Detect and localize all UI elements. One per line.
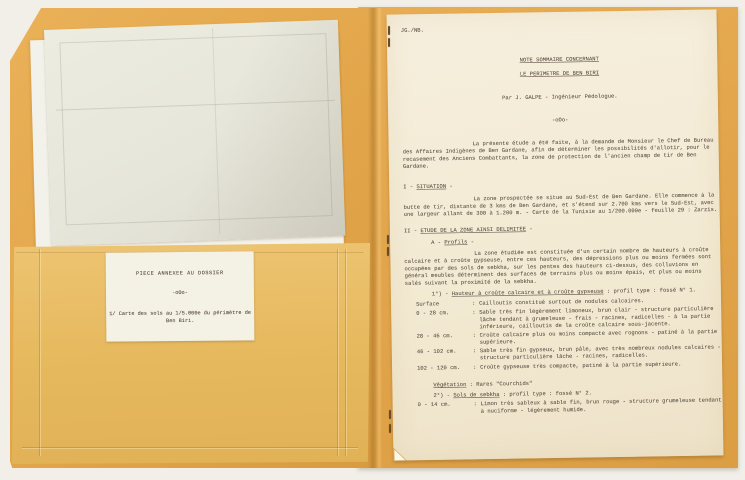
- entry-description: Limon très sableux à sable fin, brun rou…: [481, 397, 723, 415]
- binding-mark: [389, 410, 391, 419]
- scanned-archive-folder: { "colors": { "background": "#f1efe8", "…: [0, 0, 745, 480]
- label-separator: -oOo-: [106, 289, 254, 298]
- binding-mark: [389, 424, 391, 433]
- entry-description: Sable très fin gypseux, brun pâle, avec …: [480, 344, 722, 362]
- page-separator: -oOo-: [402, 114, 718, 126]
- entry-depth: Surface: [416, 300, 472, 308]
- typed-page: JG./NB. NOTE SOMMAIRE CONCERNANT LE PERI…: [387, 9, 724, 460]
- entry-depth: 46 - 102 cm.: [417, 348, 473, 363]
- binding-mark: [388, 26, 390, 35]
- section1-body: La zone prospectée se situe au Sud-Est d…: [403, 192, 719, 219]
- pocket-crease: [345, 249, 346, 456]
- pocket-crease: [22, 447, 358, 448]
- intro-paragraph: La présente étude a été faite, à la dema…: [403, 137, 719, 171]
- profile2-entry: 0 - 14 cm.:Limon très sableux à sable fi…: [407, 397, 723, 416]
- section1-heading: I - SITUATION -: [403, 179, 719, 191]
- binding-mark: [388, 38, 390, 47]
- page-reference: JG./NB.: [401, 9, 717, 34]
- pocket-crease: [39, 249, 40, 456]
- page-title-line2: LE PERIMETRE DE BEN BIRI: [401, 68, 717, 80]
- page-title-line1: NOTE SOMMAIRE CONCERNANT: [401, 54, 717, 66]
- page-byline: Par J. GALPE - Ingénieur Pédologue.: [402, 91, 718, 103]
- binding-mark: [387, 235, 389, 244]
- entry-depth: 0 - 28 cm.: [416, 309, 472, 332]
- pocket-label: PIECE ANNEXEE AU DOSSIER -oOo- 1/ Carte …: [106, 251, 255, 341]
- label-item: 1/ Carte des sols au 1/5.000e du périmèt…: [106, 309, 254, 325]
- entry-depth: 0 - 14 cm.: [418, 401, 474, 416]
- entry-description: Sable très fin légèrement limoneux, brun…: [479, 305, 721, 331]
- page-dogear-fold: [394, 449, 405, 460]
- label-title: PIECE ANNEXEE AU DOSSIER: [106, 269, 254, 278]
- section2-heading: II - ETUDE DE LA ZONE AINSI DELIMITEE -: [404, 223, 720, 235]
- folded-map-sheet: [44, 20, 345, 246]
- pocket-crease: [337, 249, 338, 456]
- section2-subheading: A - Profils -: [404, 235, 720, 247]
- section2-body: La zone étudiée est constituée d'un cert…: [404, 246, 721, 287]
- map-shading: [44, 20, 345, 246]
- folder-spine-fold: [368, 8, 382, 468]
- binding-mark: [387, 247, 389, 256]
- entry-depth: 28 - 46 cm.: [417, 332, 473, 347]
- entry-depth: 102 - 120 cm.: [417, 364, 473, 372]
- entry-description: Croûte gypseuse très compacte, patiné à …: [480, 360, 722, 371]
